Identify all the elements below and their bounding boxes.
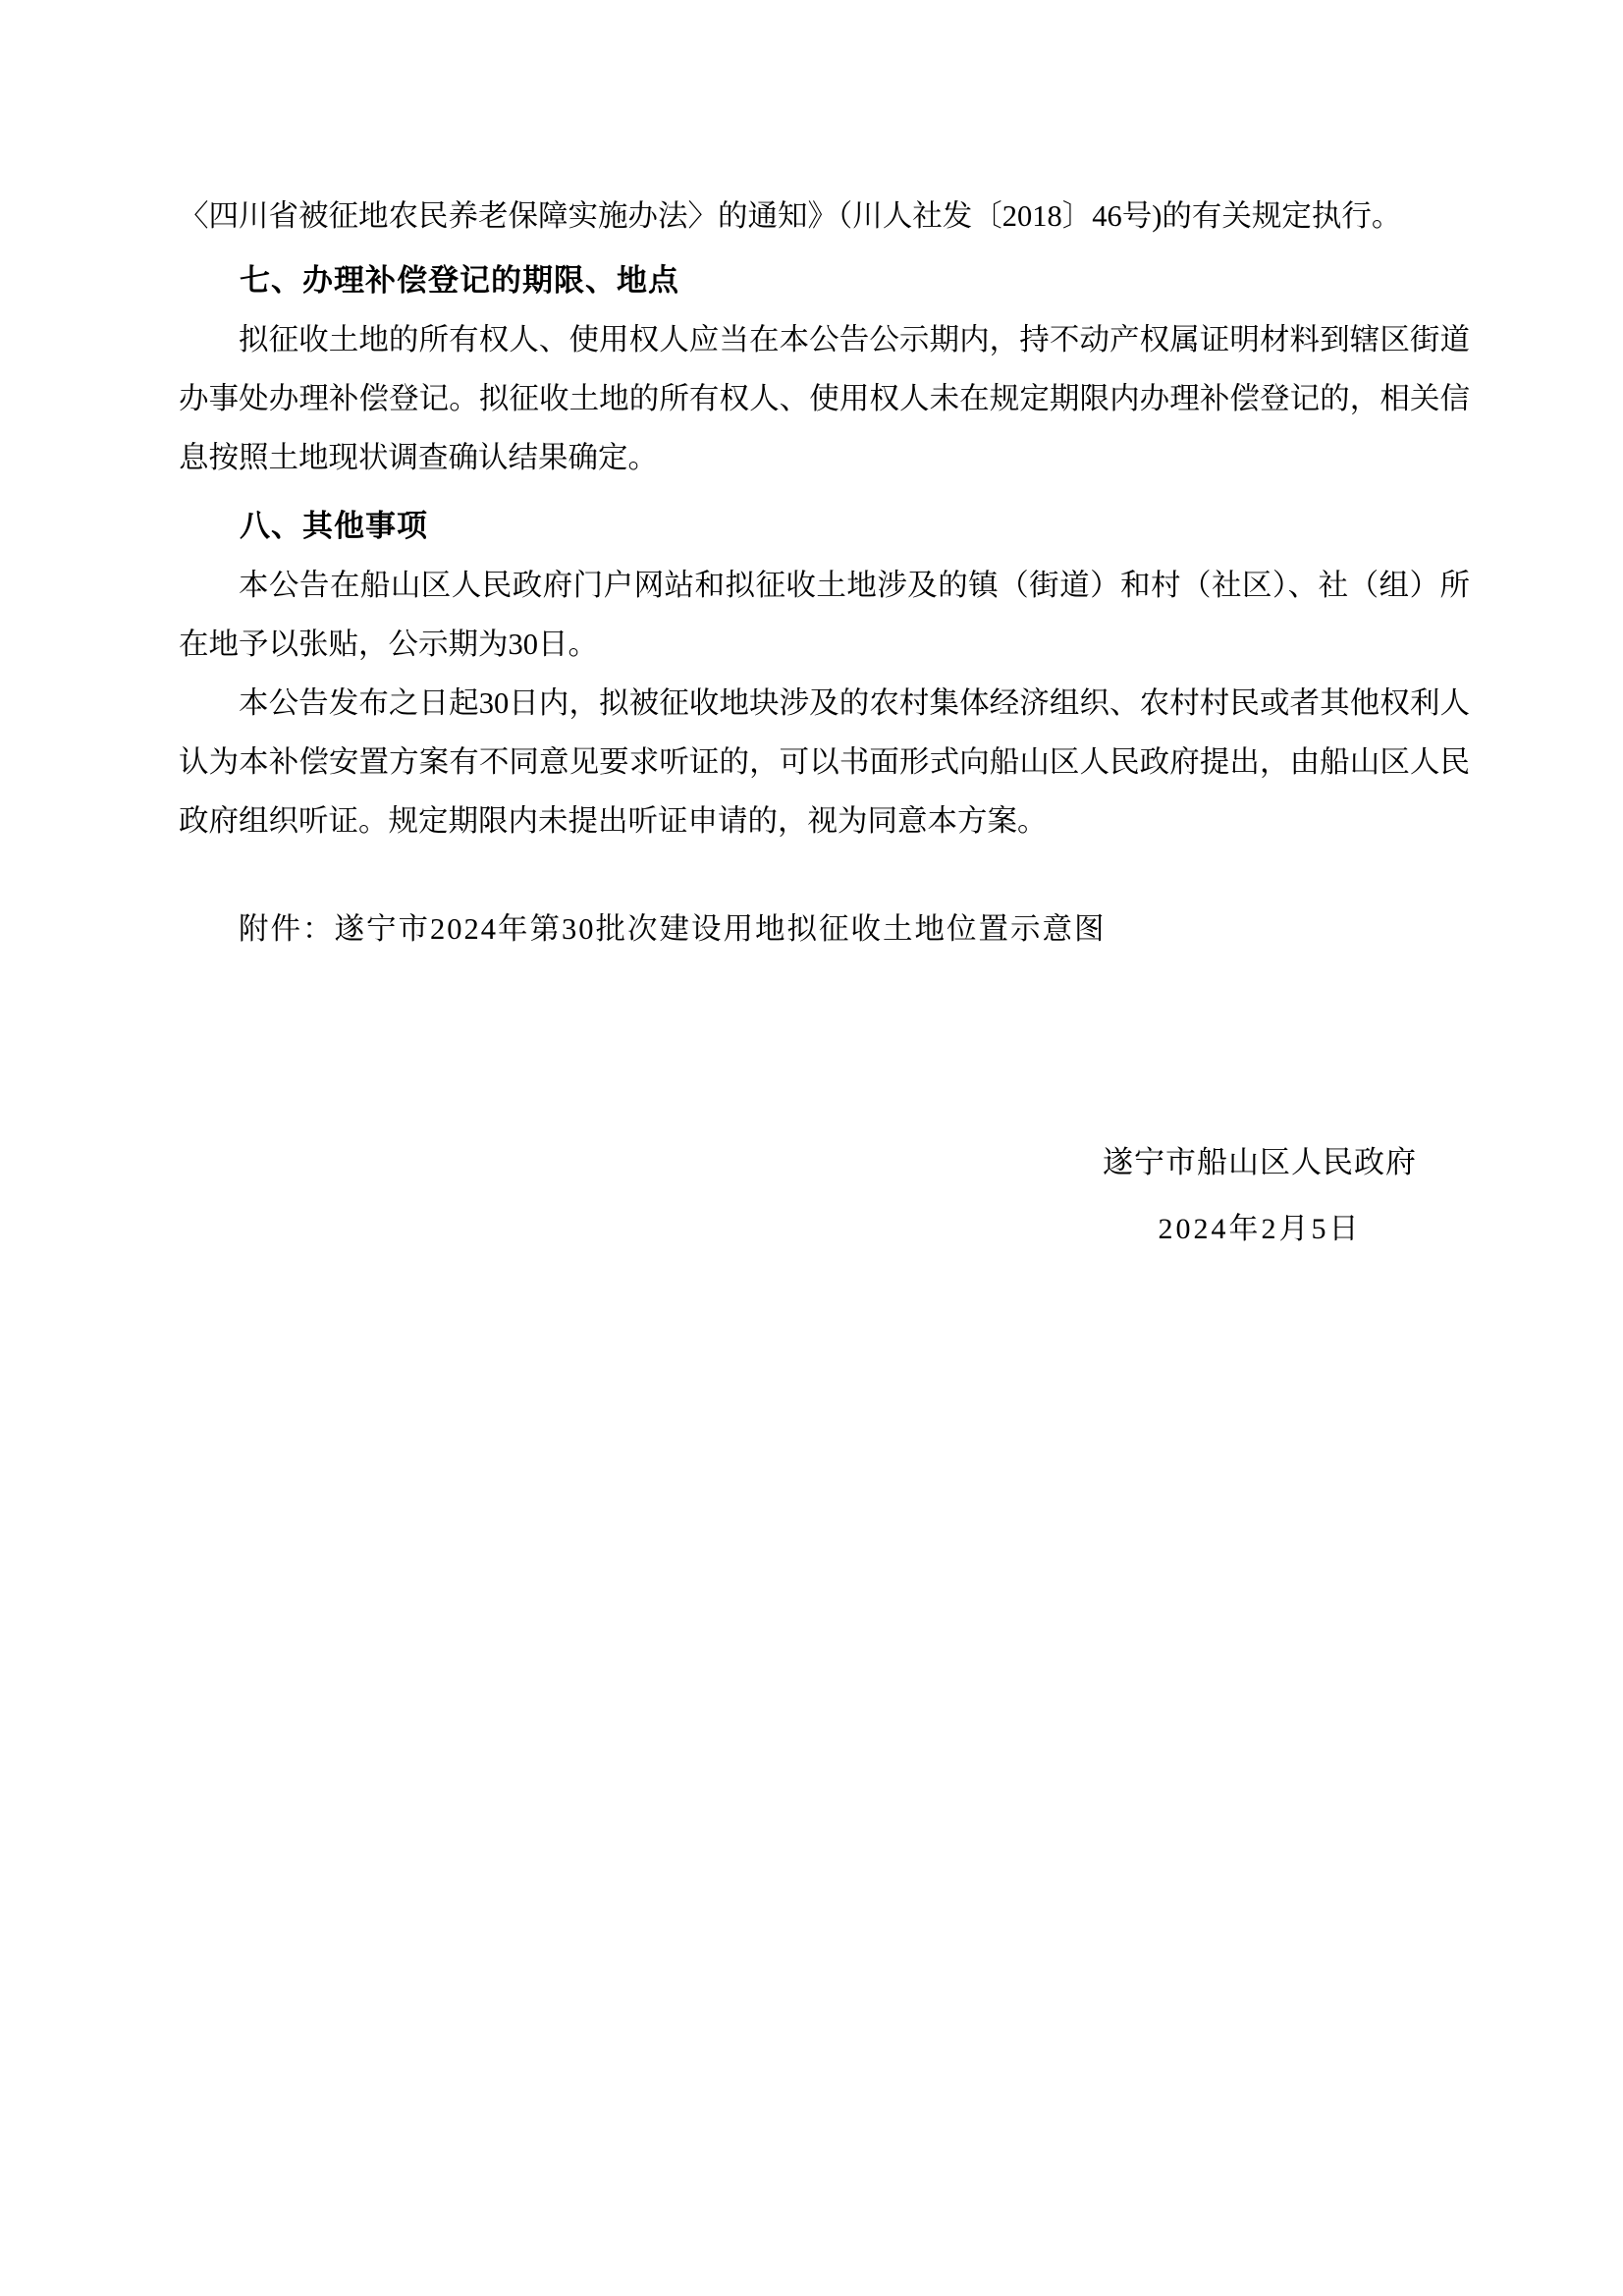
signature-inner: 遂宁市船山区人民政府 2024年2月5日 [1103,1133,1417,1259]
document-page: 〈四川省被征地农民养老保障实施办法〉的通知》（川人社发〔2018〕46号)的有关… [0,0,1623,2296]
signature-organization: 遂宁市船山区人民政府 [1103,1133,1417,1192]
section8-paragraph-2: 本公告发布之日起30日内，拟被征收地块涉及的农村集体经济组织、农村村民或者其他权… [179,674,1470,850]
section7-heading: 七、办理补偿登记的期限、地点 [179,251,1470,310]
attachment-line: 附件：遂宁市2024年第30批次建设用地拟征收土地位置示意图 [179,900,1470,958]
intro-continuation-text: 〈四川省被征地农民养老保障实施办法〉的通知》（川人社发〔2018〕46号)的有关… [179,187,1470,246]
section8-heading: 八、其他事项 [179,497,1470,556]
signature-date: 2024年2月5日 [1103,1200,1417,1259]
signature-block: 遂宁市船山区人民政府 2024年2月5日 [179,1133,1470,1259]
section8-paragraph-1: 本公告在船山区人民政府门户网站和拟征收土地涉及的镇（街道）和村（社区）、社（组）… [179,556,1470,674]
section7-paragraph: 拟征收土地的所有权人、使用权人应当在本公告公示期内，持不动产权属证明材料到辖区街… [179,310,1470,487]
